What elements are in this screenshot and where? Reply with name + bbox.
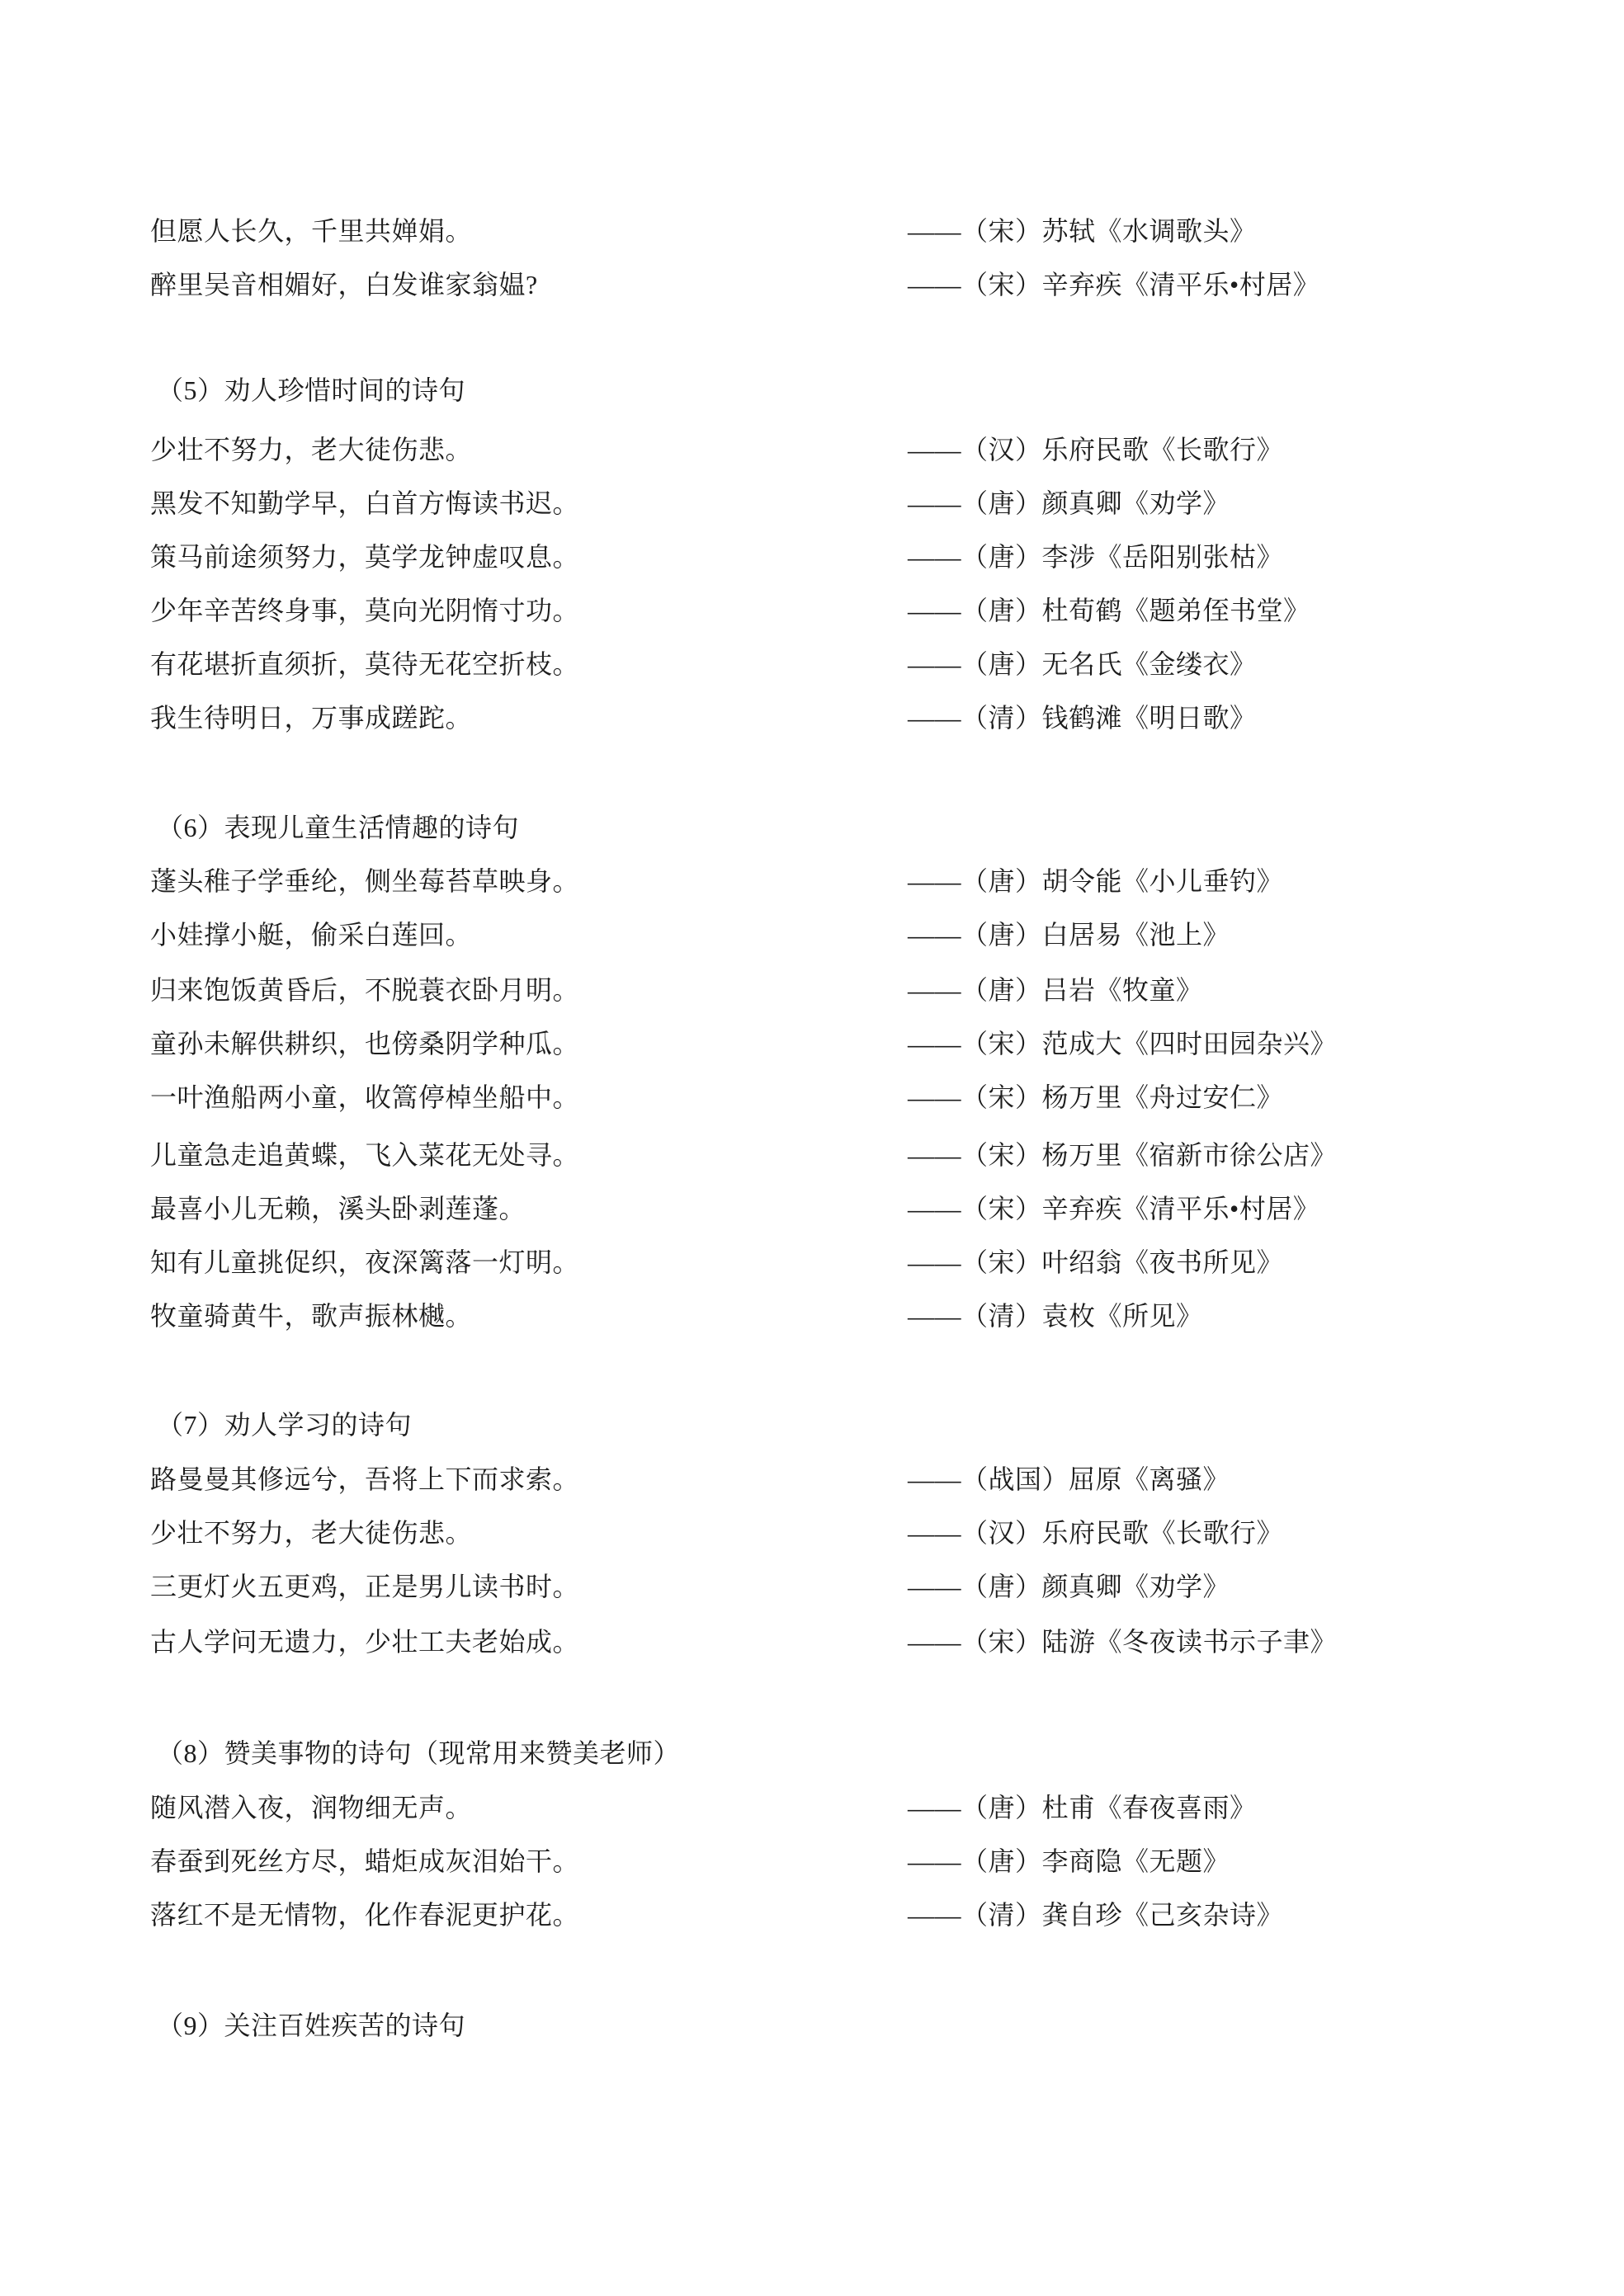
poem-line: 策马前途须努力，莫学龙钟虚叹息。 ——（唐）李涉《岳阳别张枯》 [0, 541, 1624, 576]
poem-source: ——（唐）杜甫《春夜喜雨》 [908, 1792, 1257, 1823]
poem-source: ——（唐）颜真卿《劝学》 [908, 488, 1230, 519]
section-heading: （6）表现儿童生活情趣的诗句 [0, 812, 1624, 846]
poem-text: 路曼曼其修远兮，吾将上下而求索。 [150, 1464, 579, 1495]
poem-source: ——（宋）辛弃疾《清平乐•村居》 [908, 269, 1319, 300]
poem-source: ——（清）袁枚《所见》 [908, 1300, 1203, 1332]
poem-text: 少壮不努力，老大徒伤悲。 [150, 434, 472, 465]
poem-source: ——（唐）颜真卿《劝学》 [908, 1571, 1230, 1602]
poem-source: ——（唐）白居易《池上》 [908, 919, 1230, 950]
poem-source: ——（宋）叶绍翁《夜书所见》 [908, 1247, 1283, 1278]
poem-source: ——（宋）辛弃疾《清平乐•村居》 [908, 1193, 1319, 1224]
poem-text: 最喜小儿无赖，溪头卧剥莲蓬。 [150, 1193, 526, 1224]
poem-line: 随风潜入夜，润物细无声。 ——（唐）杜甫《春夜喜雨》 [0, 1792, 1624, 1827]
poem-line: 少壮不努力，老大徒伤悲。 ——（汉）乐府民歌《长歌行》 [0, 434, 1624, 469]
poem-text: 三更灯火五更鸡，正是男儿读书时。 [150, 1571, 579, 1602]
poem-text: 归来饱饭黄昏后，不脱蓑衣卧月明。 [150, 974, 579, 1006]
poem-source: ——（宋）范成大《四时田园杂兴》 [908, 1028, 1337, 1059]
poem-source: ——（清）钱鹤滩《明日歌》 [908, 702, 1257, 733]
poem-source: ——（汉）乐府民歌《长歌行》 [908, 1517, 1283, 1549]
poem-text: 一叶渔船两小童，收篙停棹坐船中。 [150, 1082, 579, 1113]
poem-line: 少年辛苦终身事，莫向光阴惰寸功。 ——（唐）杜荀鹤《题弟侄书堂》 [0, 595, 1624, 629]
poem-line: 儿童急走追黄蝶，飞入菜花无处寻。 ——（宋）杨万里《宿新市徐公店》 [0, 1139, 1624, 1174]
poem-source: ——（清）龚自珍《己亥杂诗》 [908, 1899, 1283, 1931]
poem-text: 儿童急走追黄蝶，飞入菜花无处寻。 [150, 1139, 579, 1171]
poem-source: ——（唐）吕岩《牧童》 [908, 974, 1203, 1006]
poem-line: 归来饱饭黄昏后，不脱蓑衣卧月明。 ——（唐）吕岩《牧童》 [0, 974, 1624, 1009]
poem-source: ——（唐）胡令能《小儿垂钓》 [908, 865, 1283, 897]
section-heading-text: （9）关注百姓疾苦的诗句 [157, 2010, 465, 2041]
poem-source: ——（宋）杨万里《宿新市徐公店》 [908, 1139, 1337, 1171]
poem-source: ——（宋）陆游《冬夜读书示子聿》 [908, 1626, 1337, 1657]
poem-text: 童孙未解供耕织，也傍桑阴学种瓜。 [150, 1028, 579, 1059]
poem-text: 落红不是无情物，化作春泥更护花。 [150, 1899, 579, 1931]
poem-line: 蓬头稚子学垂纶，侧坐莓苔草映身。 ——（唐）胡令能《小儿垂钓》 [0, 865, 1624, 900]
poem-text: 春蚕到死丝方尽，蜡炬成灰泪始干。 [150, 1846, 579, 1877]
poem-text: 有花堪折直须折，莫待无花空折枝。 [150, 648, 579, 680]
poem-text: 牧童骑黄牛，歌声振林樾。 [150, 1300, 472, 1332]
poem-text: 但愿人长久，千里共婵娟。 [150, 215, 472, 247]
poem-line: 我生待明日，万事成蹉跎。 ——（清）钱鹤滩《明日歌》 [0, 702, 1624, 737]
section-heading-text: （6）表现儿童生活情趣的诗句 [157, 812, 519, 843]
poem-text: 策马前途须努力，莫学龙钟虚叹息。 [150, 541, 579, 573]
poem-line: 黑发不知勤学早，白首方悔读书迟。 ——（唐）颜真卿《劝学》 [0, 488, 1624, 522]
section-heading-text: （8）赞美事物的诗句（现常用来赞美老师） [157, 1737, 680, 1769]
poem-text: 随风潜入夜，润物细无声。 [150, 1792, 472, 1823]
poem-line: 古人学问无遗力，少壮工夫老始成。 ——（宋）陆游《冬夜读书示子聿》 [0, 1626, 1624, 1661]
poem-text: 小娃撑小艇，偷采白莲回。 [150, 919, 472, 950]
poem-line: 一叶渔船两小童，收篙停棹坐船中。 ——（宋）杨万里《舟过安仁》 [0, 1082, 1624, 1116]
poem-source: ——（唐）李涉《岳阳别张枯》 [908, 541, 1283, 573]
poem-text: 我生待明日，万事成蹉跎。 [150, 702, 472, 733]
poem-line: 醉里吴音相媚好，白发谁家翁媪? ——（宋）辛弃疾《清平乐•村居》 [0, 269, 1624, 304]
section-heading: （7）劝人学习的诗句 [0, 1409, 1624, 1444]
poem-line: 但愿人长久，千里共婵娟。 ——（宋）苏轼《水调歌头》 [0, 215, 1624, 250]
poem-line: 牧童骑黄牛，歌声振林樾。 ——（清）袁枚《所见》 [0, 1300, 1624, 1335]
poem-text: 黑发不知勤学早，白首方悔读书迟。 [150, 488, 579, 519]
poem-line: 少壮不努力，老大徒伤悲。 ——（汉）乐府民歌《长歌行》 [0, 1517, 1624, 1552]
poem-text: 古人学问无遗力，少壮工夫老始成。 [150, 1626, 579, 1657]
poem-line: 落红不是无情物，化作春泥更护花。 ——（清）龚自珍《己亥杂诗》 [0, 1899, 1624, 1934]
poem-text: 少壮不努力，老大徒伤悲。 [150, 1517, 472, 1549]
poem-line: 最喜小儿无赖，溪头卧剥莲蓬。 ——（宋）辛弃疾《清平乐•村居》 [0, 1193, 1624, 1228]
section-heading: （8）赞美事物的诗句（现常用来赞美老师） [0, 1737, 1624, 1772]
poem-text: 醉里吴音相媚好，白发谁家翁媪? [150, 269, 538, 300]
poem-source: ——（战国）屈原《离骚》 [908, 1464, 1230, 1495]
document-page: 但愿人长久，千里共婵娟。 ——（宋）苏轼《水调歌头》 醉里吴音相媚好，白发谁家翁… [0, 0, 1624, 2296]
poem-text: 知有儿童挑促织，夜深篱落一灯明。 [150, 1247, 579, 1278]
poem-text: 蓬头稚子学垂纶，侧坐莓苔草映身。 [150, 865, 579, 897]
section-heading: （9）关注百姓疾苦的诗句 [0, 2010, 1624, 2044]
poem-source: ——（宋）杨万里《舟过安仁》 [908, 1082, 1283, 1113]
poem-line: 知有儿童挑促织，夜深篱落一灯明。 ——（宋）叶绍翁《夜书所见》 [0, 1247, 1624, 1281]
poem-source: ——（唐）李商隐《无题》 [908, 1846, 1230, 1877]
poem-line: 三更灯火五更鸡，正是男儿读书时。 ——（唐）颜真卿《劝学》 [0, 1571, 1624, 1605]
poem-source: ——（汉）乐府民歌《长歌行》 [908, 434, 1283, 465]
poem-line: 小娃撑小艇，偷采白莲回。 ——（唐）白居易《池上》 [0, 919, 1624, 954]
poem-source: ——（唐）无名氏《金缕衣》 [908, 648, 1257, 680]
poem-source: ——（唐）杜荀鹤《题弟侄书堂》 [908, 595, 1310, 626]
poem-line: 春蚕到死丝方尽，蜡炬成灰泪始干。 ——（唐）李商隐《无题》 [0, 1846, 1624, 1880]
section-heading-text: （5）劝人珍惜时间的诗句 [157, 375, 465, 406]
poem-line: 童孙未解供耕织，也傍桑阴学种瓜。 ——（宋）范成大《四时田园杂兴》 [0, 1028, 1624, 1063]
poem-text: 少年辛苦终身事，莫向光阴惰寸功。 [150, 595, 579, 626]
section-heading-text: （7）劝人学习的诗句 [157, 1409, 412, 1440]
poem-source: ——（宋）苏轼《水调歌头》 [908, 215, 1257, 247]
poem-line: 路曼曼其修远兮，吾将上下而求索。 ——（战国）屈原《离骚》 [0, 1464, 1624, 1498]
poem-line: 有花堪折直须折，莫待无花空折枝。 ——（唐）无名氏《金缕衣》 [0, 648, 1624, 683]
section-heading: （5）劝人珍惜时间的诗句 [0, 375, 1624, 409]
